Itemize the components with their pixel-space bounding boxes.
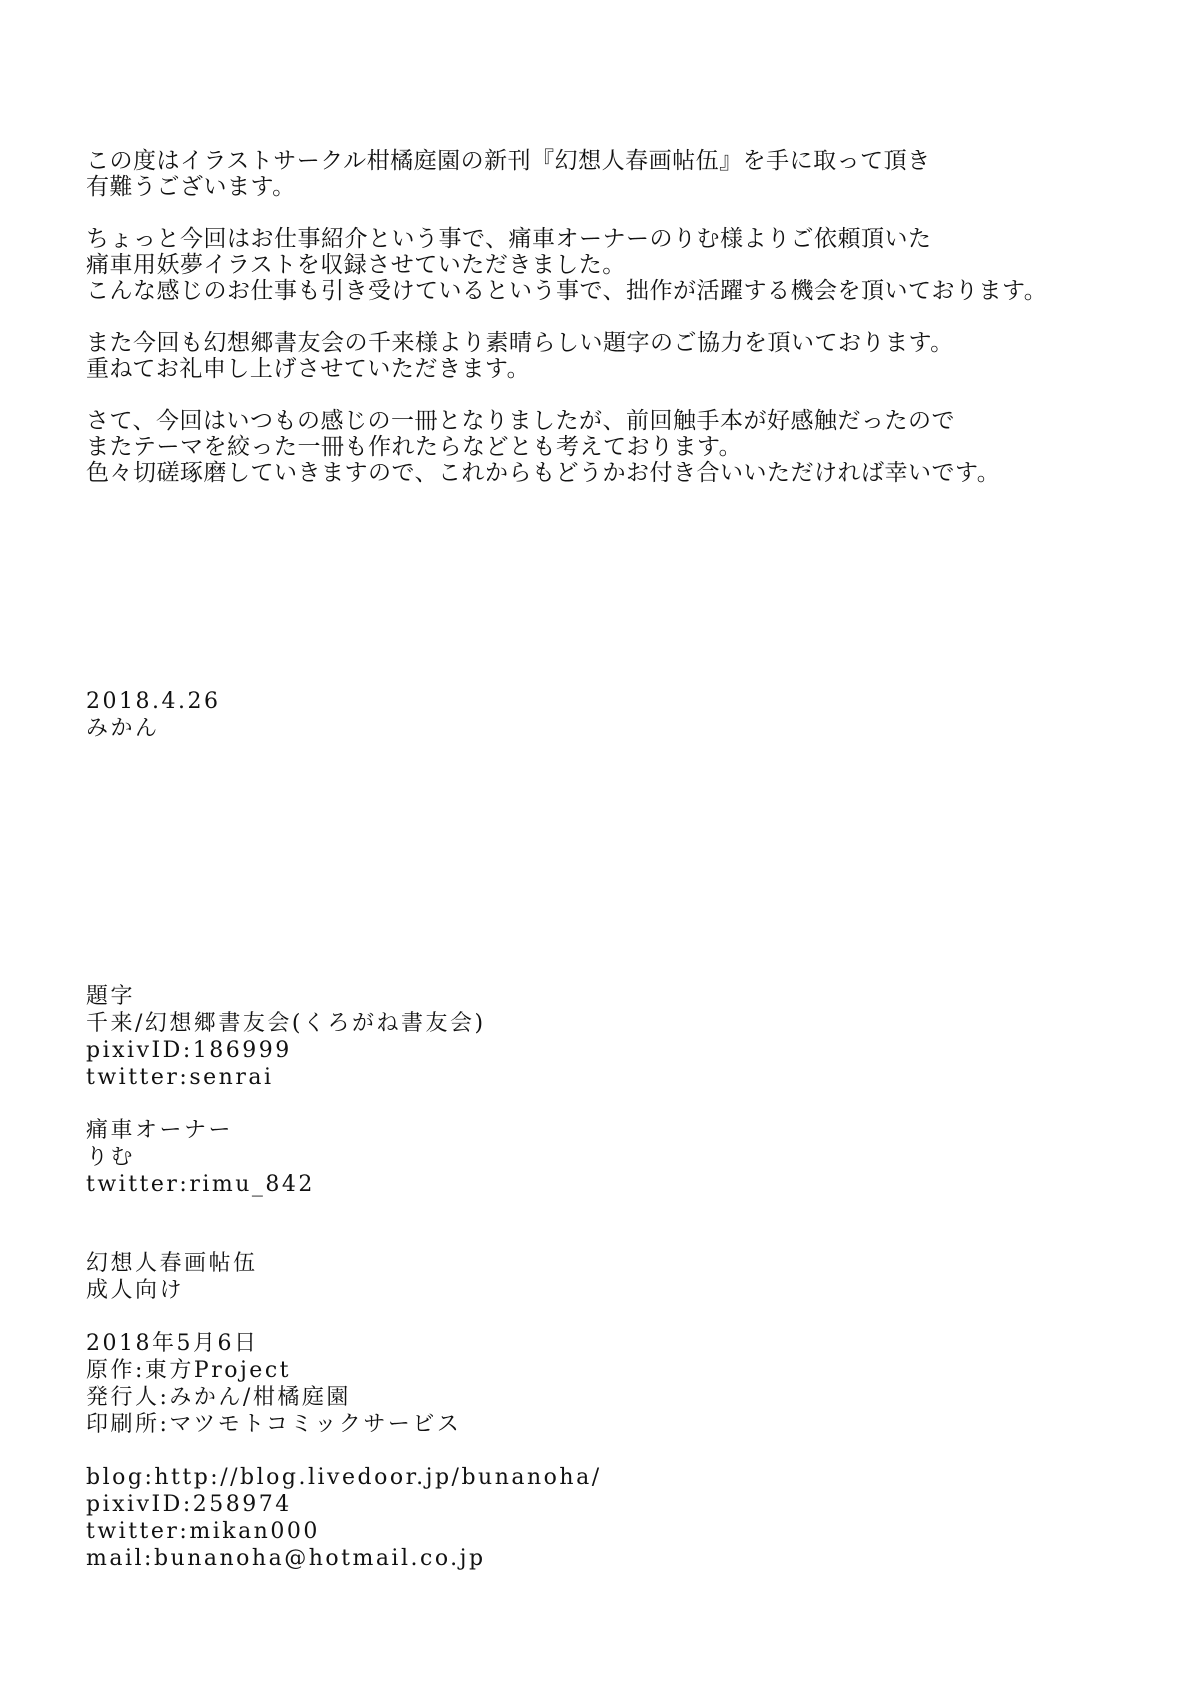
colophon-contacts: blog:http://blog.livedoor.jp/bunanoha/ p… (86, 1464, 602, 1572)
contact-mail: mail:bunanoha@hotmail.co.jp (86, 1545, 602, 1572)
contact-blog: blog:http://blog.livedoor.jp/bunanoha/ (86, 1464, 602, 1491)
signature-date: 2018.4.26 (86, 688, 220, 715)
credit-name: 千来/幻想郷書友会(くろがね書友会) (86, 1010, 486, 1037)
credit-itasha-owner: 痛車オーナー りむ twitter:rimu_842 (86, 1117, 486, 1198)
text-line: この度はイラストサークル柑橘庭園の新刊『幻想人春画帖伍』を手に取って頂き (86, 148, 1047, 174)
rating-label: 成人向け (86, 1277, 602, 1304)
text-line: こんな感じのお仕事も引き受けているという事で、拙作が活躍する機会を頂いております… (86, 278, 1047, 304)
afterword-paragraph-3: また今回も幻想郷書友会の千来様より素晴らしい題字のご協力を頂いております。 重ね… (86, 330, 1047, 382)
text-line: 色々切磋琢磨していきますので、これからもどうかお付き合いいただければ幸いです。 (86, 460, 1047, 486)
contact-pixiv: pixivID:258974 (86, 1491, 602, 1518)
credit-heading: 題字 (86, 983, 486, 1010)
colophon-title-block: 幻想人春画帖伍 成人向け (86, 1250, 602, 1304)
afterword-paragraph-2: ちょっと今回はお仕事紹介という事で、痛車オーナーのりむ様よりご依頼頂いた 痛車用… (86, 226, 1047, 304)
contact-twitter: twitter:mikan000 (86, 1518, 602, 1545)
credit-title-calligraphy: 題字 千来/幻想郷書友会(くろがね書友会) pixivID:186999 twi… (86, 983, 486, 1091)
book-title: 幻想人春画帖伍 (86, 1250, 602, 1277)
credit-twitter: twitter:rimu_842 (86, 1171, 486, 1198)
credit-pixiv: pixivID:186999 (86, 1037, 486, 1064)
colophon-publication-info: 2018年5月6日 原作:東方Project 発行人:みかん/柑橘庭園 印刷所:… (86, 1330, 602, 1438)
text-line: さて、今回はいつもの感じの一冊となりましたが、前回触手本が好感触だったので (86, 408, 1047, 434)
credits-section: 題字 千来/幻想郷書友会(くろがね書友会) pixivID:186999 twi… (86, 983, 486, 1224)
text-line: 有難うございます。 (86, 174, 1047, 200)
afterword-paragraph-4: さて、今回はいつもの感じの一冊となりましたが、前回触手本が好感触だったので また… (86, 408, 1047, 486)
credit-twitter: twitter:senrai (86, 1064, 486, 1091)
text-line: 重ねてお礼申し上げさせていただきます。 (86, 356, 1047, 382)
afterword-paragraph-1: この度はイラストサークル柑橘庭園の新刊『幻想人春画帖伍』を手に取って頂き 有難う… (86, 148, 1047, 200)
afterword-body: この度はイラストサークル柑橘庭園の新刊『幻想人春画帖伍』を手に取って頂き 有難う… (86, 148, 1047, 486)
text-line: ちょっと今回はお仕事紹介という事で、痛車オーナーのりむ様よりご依頼頂いた (86, 226, 1047, 252)
text-line: 痛車用妖夢イラストを収録させていただきました。 (86, 252, 1047, 278)
credit-name: りむ (86, 1144, 486, 1171)
afterword-signature: 2018.4.26 みかん (86, 688, 220, 742)
signature-author: みかん (86, 715, 220, 742)
colophon: 幻想人春画帖伍 成人向け 2018年5月6日 原作:東方Project 発行人:… (86, 1250, 602, 1598)
text-line: また今回も幻想郷書友会の千来様より素晴らしい題字のご協力を頂いております。 (86, 330, 1047, 356)
publisher: 発行人:みかん/柑橘庭園 (86, 1384, 602, 1411)
original-work: 原作:東方Project (86, 1357, 602, 1384)
text-line: またテーマを絞った一冊も作れたらなどとも考えております。 (86, 434, 1047, 460)
printer: 印刷所:マツモトコミックサービス (86, 1411, 602, 1438)
publication-date: 2018年5月6日 (86, 1330, 602, 1357)
credit-heading: 痛車オーナー (86, 1117, 486, 1144)
